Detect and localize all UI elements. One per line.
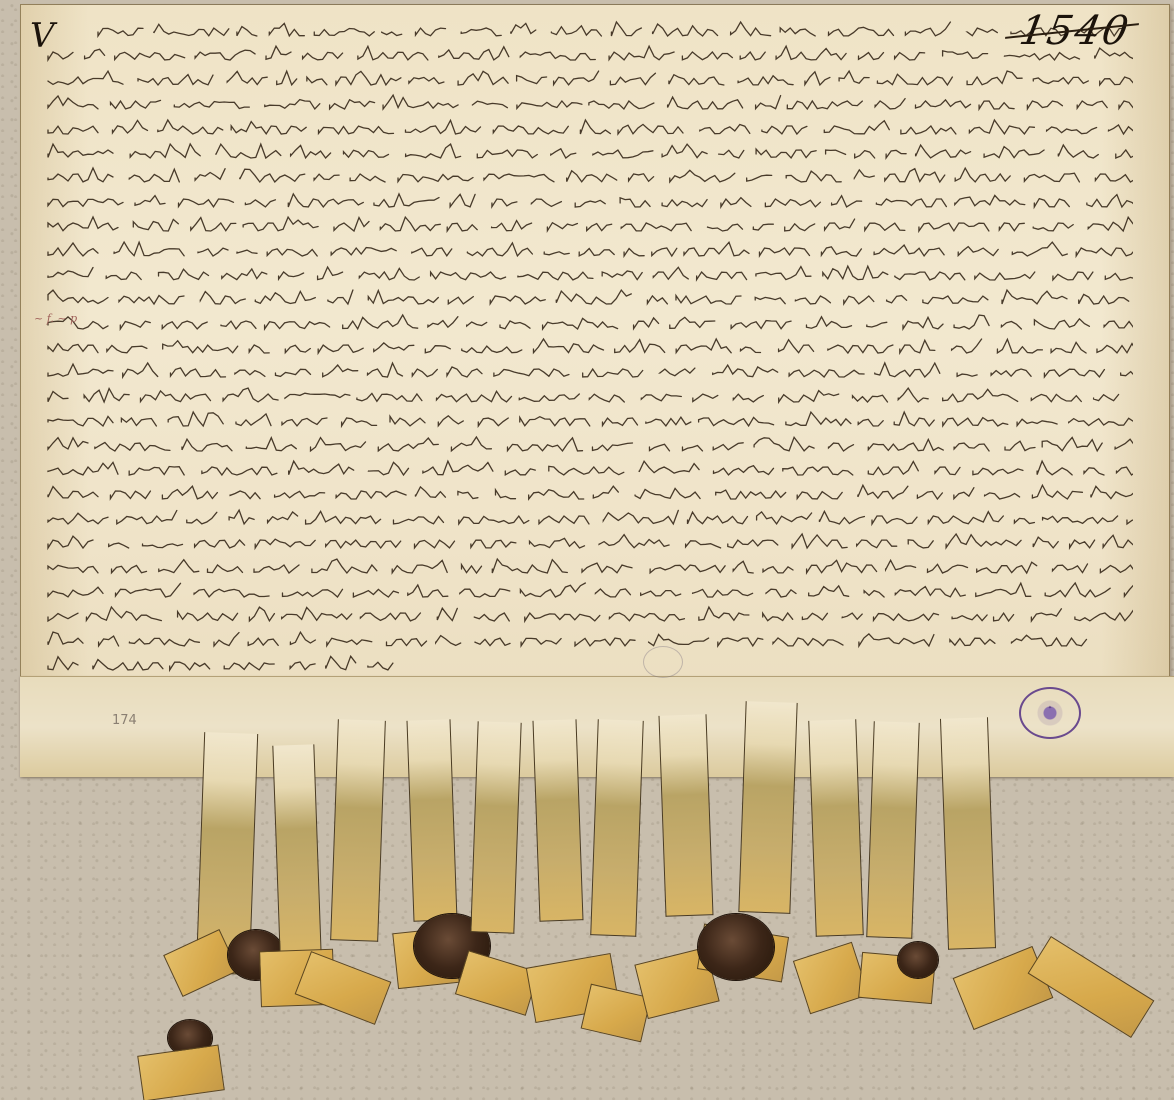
text-line	[38, 579, 1133, 603]
text-line	[38, 408, 1133, 432]
seal-strap	[738, 701, 797, 914]
text-line	[38, 164, 1133, 188]
text-line	[38, 457, 1133, 481]
text-line	[38, 311, 1133, 335]
archive-stamp-icon: ✦	[1019, 687, 1081, 739]
seal-strap	[940, 717, 996, 950]
text-line	[38, 555, 1133, 579]
seal-strap	[659, 714, 714, 917]
text-line	[38, 238, 1133, 262]
text-line	[38, 262, 1133, 286]
text-line	[38, 42, 1133, 66]
text-line	[38, 67, 1133, 91]
text-line	[38, 91, 1133, 115]
seal-strap	[533, 719, 584, 921]
text-line	[38, 189, 1133, 213]
text-line	[38, 18, 1133, 42]
faint-stamp-icon	[643, 646, 683, 678]
text-line	[38, 652, 1133, 676]
text-line	[38, 530, 1133, 554]
wax-seal-icon	[898, 942, 938, 978]
text-line	[38, 384, 1133, 408]
seal-strap	[470, 721, 521, 933]
text-line	[38, 286, 1133, 310]
text-line	[38, 603, 1133, 627]
text-line	[38, 628, 1133, 652]
archive-number: 174	[112, 713, 137, 728]
text-line	[38, 506, 1133, 530]
seal-strap	[272, 744, 321, 956]
text-line	[38, 433, 1133, 457]
seal-strap	[866, 721, 920, 938]
seal-strap	[808, 719, 864, 937]
text-line	[38, 140, 1133, 164]
decorated-initial: V	[30, 16, 55, 56]
text-line	[38, 481, 1133, 505]
text-line	[38, 116, 1133, 140]
text-line	[38, 213, 1133, 237]
wax-seal-icon	[698, 914, 774, 980]
date-notation: 1540	[1016, 8, 1134, 54]
margin-note: ~ f. ~ p	[34, 312, 77, 325]
seal-strap	[590, 719, 644, 936]
text-line	[38, 335, 1133, 359]
charter-text: V	[38, 18, 1133, 677]
seal-strap	[407, 719, 458, 921]
seal-strap	[330, 719, 386, 942]
text-line	[38, 359, 1133, 383]
